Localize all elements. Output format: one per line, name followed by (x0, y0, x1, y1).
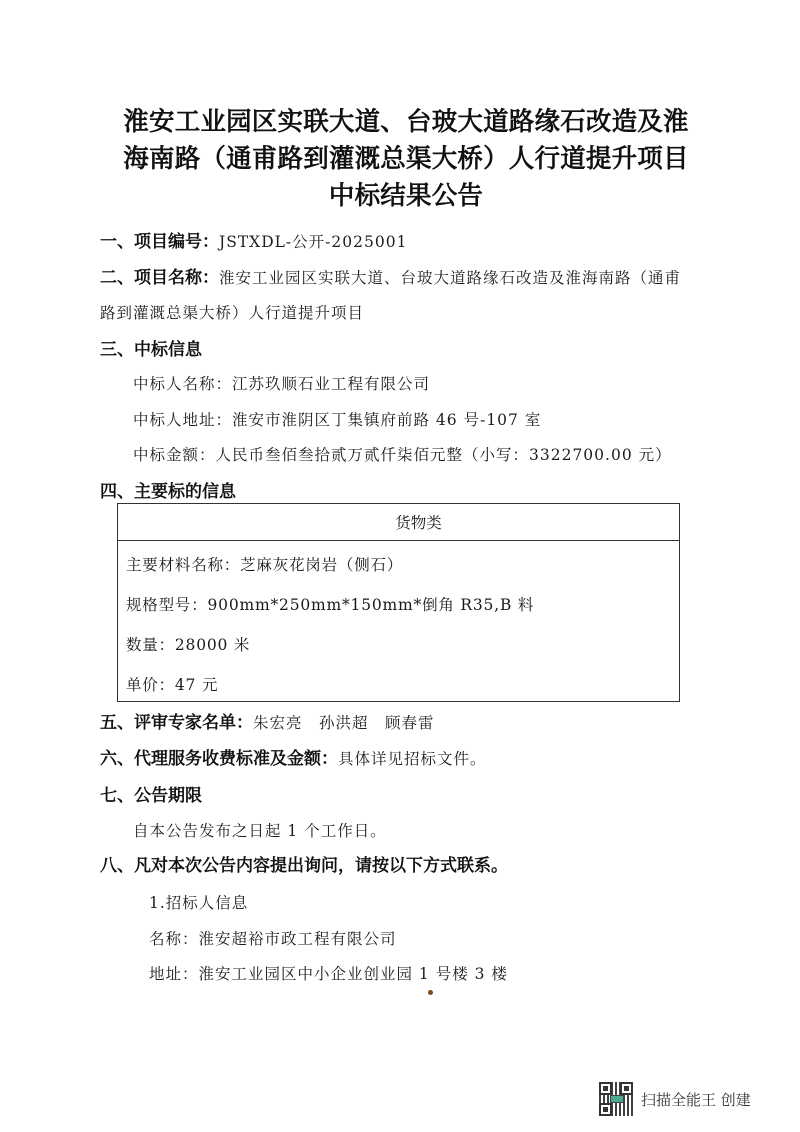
title-line-1: 淮安工业园区实联大道、台玻大道路缘石改造及淮 (96, 104, 716, 141)
section-agency-fee: 六、代理服务收费标准及金额：具体详见招标文件。 (100, 749, 487, 769)
table-header: 货物类 (118, 504, 679, 541)
section-project-number: 一、项目编号：JSTXDL-公开-2025001 (100, 232, 407, 252)
qr-code-icon (599, 1082, 633, 1116)
table-row-unit-price: 单价：47 元 (126, 675, 218, 695)
items-table: 货物类 主要材料名称：芝麻灰花岗岩（侧石） 规格型号：900mm*250mm*1… (117, 503, 680, 702)
table-row-material: 主要材料名称：芝麻灰花岗岩（侧石） (126, 555, 403, 575)
table-row-spec: 规格型号：900mm*250mm*150mm*倒角 R35,B 料 (126, 595, 534, 615)
tenderer-name: 名称：淮安超裕市政工程有限公司 (149, 929, 397, 949)
title-line-3: 中标结果公告 (96, 178, 716, 215)
section-heading: 五、评审专家名单： (100, 713, 253, 733)
section-project-name: 二、项目名称：淮安工业园区实联大道、台玻大道路缘石改造及淮海南路（通甫 (100, 268, 681, 288)
document-title: 淮安工业园区实联大道、台玻大道路缘石改造及淮 海南路（通甫路到灌溉总渠大桥）人行… (96, 104, 716, 215)
section-heading: 六、代理服务收费标准及金额： (100, 749, 338, 769)
scan-artifact-dot (428, 990, 433, 995)
project-number: JSTXDL-公开-2025001 (219, 233, 407, 251)
scanner-watermark: 扫描全能王 创建 (599, 1082, 751, 1116)
table-row-quantity: 数量：28000 米 (126, 635, 250, 655)
expert-list: 朱宏亮 孙洪超 顾春雷 (253, 714, 435, 732)
section-experts: 五、评审专家名单：朱宏亮 孙洪超 顾春雷 (100, 713, 435, 733)
project-name-line-2: 路到灌溉总渠大桥）人行道提升项目 (100, 303, 364, 323)
section-heading: 三、中标信息 (100, 340, 202, 360)
section-heading: 二、项目名称： (100, 268, 219, 288)
title-line-2: 海南路（通甫路到灌溉总渠大桥）人行道提升项目 (96, 141, 716, 178)
section-main-items: 四、主要标的信息 (100, 482, 236, 502)
agency-fee-value: 具体详见招标文件。 (338, 750, 487, 768)
section-heading: 四、主要标的信息 (100, 482, 236, 502)
tenderer-address: 地址：淮安工业园区中小企业创业园 1 号楼 3 楼 (149, 964, 508, 984)
notice-period-value: 自本公告发布之日起 1 个工作日。 (133, 821, 387, 841)
winner-name: 中标人名称：江苏玖顺石业工程有限公司 (133, 374, 430, 394)
watermark-text: 扫描全能王 创建 (641, 1089, 751, 1110)
section-heading: 八、凡对本次公告内容提出询问，请按以下方式联系。 (100, 856, 508, 876)
winner-address: 中标人地址：淮安市淮阴区丁集镇府前路 46 号-107 室 (133, 410, 541, 430)
section-heading: 一、项目编号： (100, 232, 219, 252)
section-notice-period: 七、公告期限 (100, 786, 202, 806)
section-heading: 七、公告期限 (100, 786, 202, 806)
section-contact: 八、凡对本次公告内容提出询问，请按以下方式联系。 (100, 856, 508, 876)
winner-amount: 中标金额：人民币叁佰叁拾贰万贰仟柒佰元整（小写：3322700.00 元） (133, 445, 672, 465)
section-award-info: 三、中标信息 (100, 340, 202, 360)
tenderer-info-title: 1.招标人信息 (149, 893, 248, 913)
project-name-line-1: 淮安工业园区实联大道、台玻大道路缘石改造及淮海南路（通甫 (219, 269, 681, 287)
